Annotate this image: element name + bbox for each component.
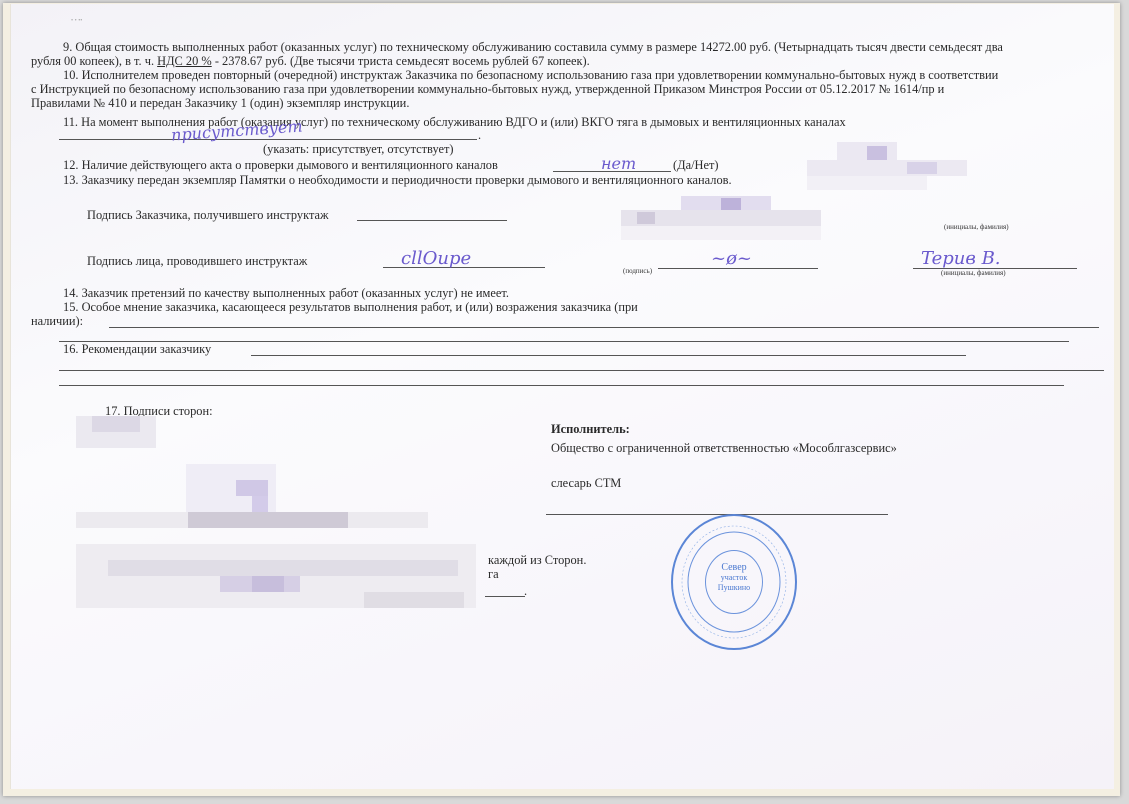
p16-blank-line-3: [59, 385, 1064, 386]
sig-instructor-label: Подпись лица, проводившего инструктаж: [87, 254, 307, 268]
sig-customer-label: Подпись Заказчика, получившего инструкта…: [87, 208, 329, 222]
p11-period: .: [478, 128, 481, 142]
instructor-name-handwritten: Tepuв B.: [921, 248, 1001, 269]
p9-line2: рубля 00 копеек), в т. ч. НДС 20 % - 237…: [31, 54, 590, 68]
p15-line1: 15. Особое мнение заказчика, касающееся …: [63, 300, 638, 314]
p15-line2: наличии):: [31, 314, 83, 328]
p12-handwritten-value: нет: [601, 154, 636, 173]
p15-blank-line-1: [109, 327, 1099, 328]
instructor-second-signature: ~ø~: [711, 248, 752, 269]
sig-customer-hint: (инициалы, фамилия): [944, 223, 1009, 231]
p12-text: 12. Наличие действующего акта о проверки…: [63, 158, 498, 172]
p14-text: 14. Заказчик претензий по качеству выпол…: [63, 286, 509, 300]
executor-org: Общество с ограниченной ответственностью…: [551, 441, 897, 455]
p9-vat-amount: - 2378.67 руб. (Две тысячи триста семьде…: [212, 54, 590, 68]
tail-blank-line: [485, 596, 525, 597]
p10-line1: 10. Исполнителем проведен повторный (оче…: [63, 68, 998, 82]
sig-customer-line: [357, 220, 507, 221]
vat-rate: НДС 20 %: [157, 54, 212, 68]
redacted-block: [807, 142, 977, 197]
document-page: • • •• 9. Общая стоимость выполненных ра…: [10, 4, 1114, 789]
p16-blank-line-2: [59, 370, 1104, 371]
p13-text: 13. Заказчику передан экземпляр Памятки …: [63, 173, 732, 187]
stamp-center-line1: Север: [706, 563, 762, 573]
stamp-center-line3: Пушкино: [706, 583, 762, 593]
tail-line1: каждой из Сторон.: [488, 553, 586, 567]
instructor-signature: cllOupe: [401, 248, 471, 269]
redacted-customer-details: [76, 416, 486, 606]
stamp-center-line2: участок: [706, 573, 762, 583]
sig-instructor-hint-name: (инициалы, фамилия): [941, 269, 1006, 277]
tail-line2: га: [488, 567, 499, 581]
p11-blank-line: [59, 139, 477, 140]
executor-title: Исполнитель:: [551, 422, 630, 436]
sig-instructor-hint-sign: (подпись): [623, 267, 652, 275]
p11-hint: (указать: присутствует, отсутствует): [263, 142, 454, 156]
executor-sign-line: [546, 514, 888, 515]
p12-hint: (Да/Нет): [673, 158, 719, 172]
tail-line3: .: [524, 584, 527, 598]
executor-position: слесарь СТМ: [551, 476, 621, 490]
company-stamp: Север участок Пушкино: [671, 514, 797, 650]
p10-line2: с Инструкцией по безопасному использован…: [31, 82, 944, 96]
p9-text: рубля 00 копеек), в т. ч.: [31, 54, 157, 68]
stamp-center: Север участок Пушкино: [705, 550, 763, 614]
scan-artifact: • • ••: [71, 18, 82, 24]
redacted-customer-name: [621, 196, 841, 244]
p16-blank-line-1: [251, 355, 966, 356]
p9-line1: 9. Общая стоимость выполненных работ (ок…: [63, 40, 1003, 54]
p10-line3: Правилами № 410 и передан Заказчику 1 (о…: [31, 96, 409, 110]
p16-text: 16. Рекомендации заказчику: [63, 342, 211, 356]
